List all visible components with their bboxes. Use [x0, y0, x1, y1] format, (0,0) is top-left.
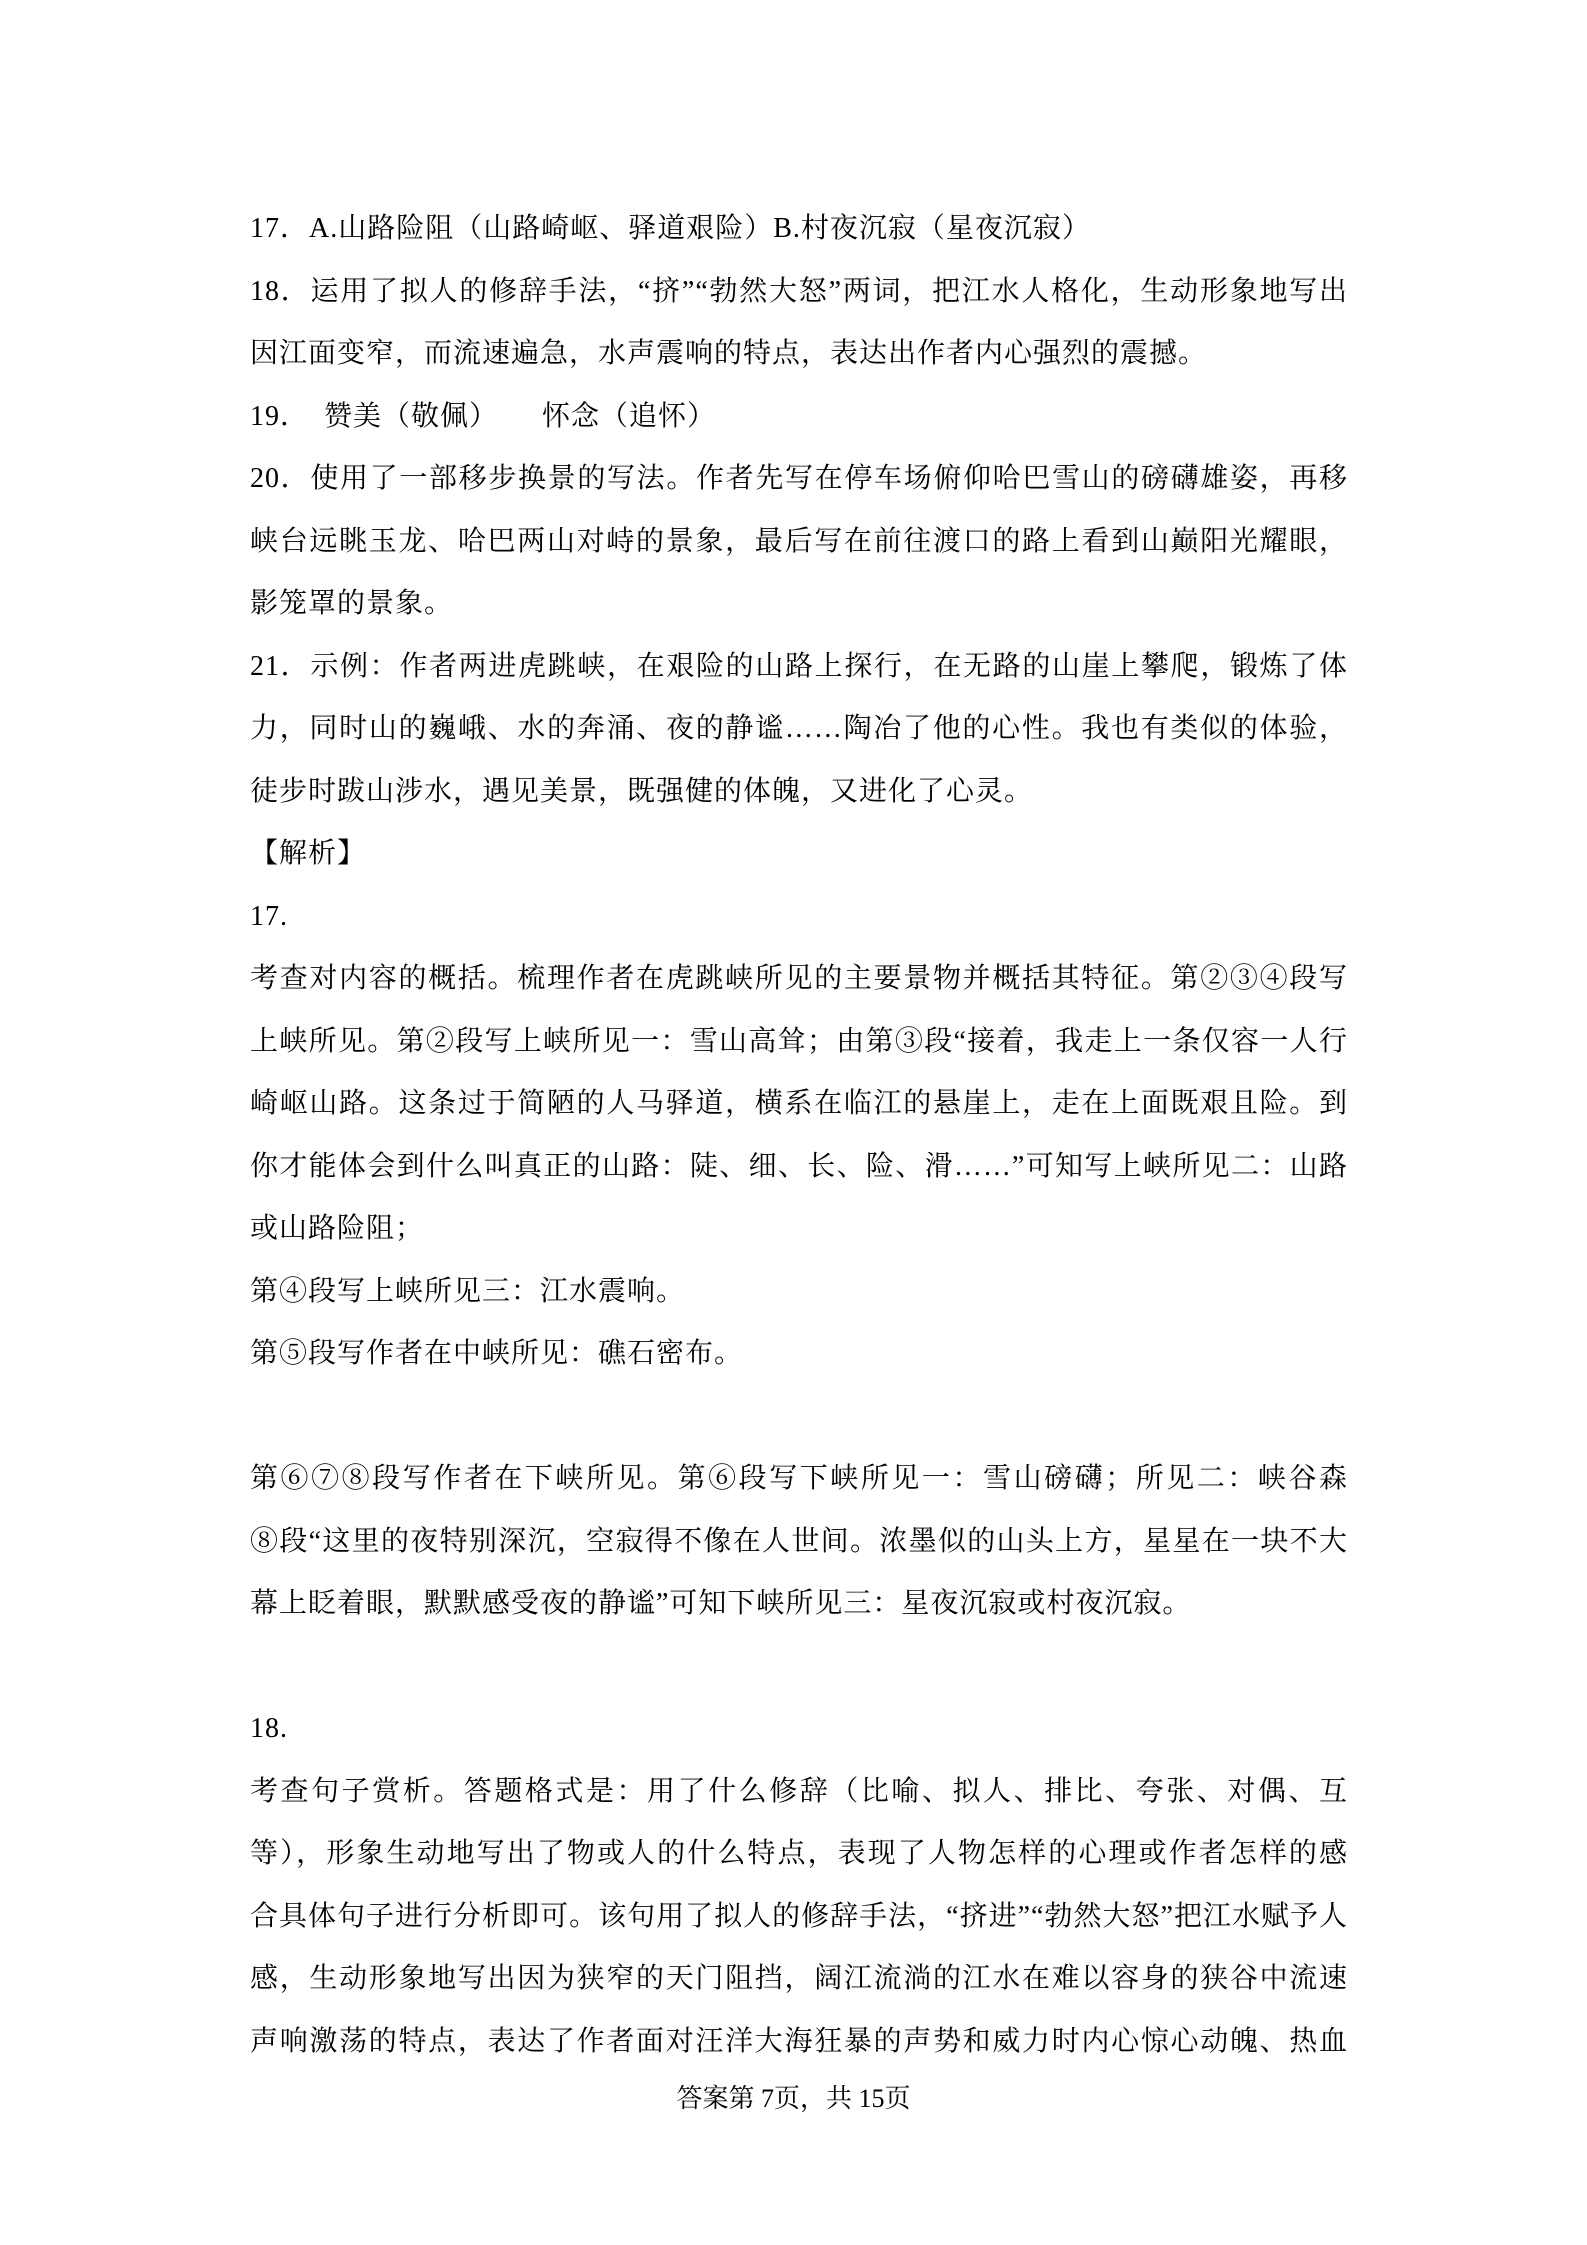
- document-page: 17．A.山路险阻（山路崎岖、驿道艰险）B.村夜沉寂（星夜沉寂） 18．运用了拟…: [0, 0, 1587, 2245]
- text-line: 幕上眨着眼，默默感受夜的静谧”可知下峡所见三：星夜沉寂或村夜沉寂。: [250, 1573, 1348, 1636]
- answer-21-line-cont: 力，同时山的巍峨、水的奔涌、夜的静谧……陶冶了他的心性。我也有类似的体验，例如去: [250, 698, 1348, 761]
- answer-20-line-end: 影笼罩的景象。: [250, 573, 1348, 636]
- text-line: 第⑥⑦⑧段写作者在下峡所见。第⑥段写下峡所见一：雪山磅礴；所见二：峡谷森严；由第: [250, 1448, 1348, 1511]
- text-line: 第④段写上峡所见三：江水震响。: [250, 1261, 1348, 1324]
- answer-19-line: 19． 赞美（敬佩） 怀念（追怀）: [250, 386, 1348, 449]
- text-line: 上峡所见。第②段写上峡所见一：雪山高耸；由第③段“接着，我走上一条仅容一人行走的: [250, 1011, 1348, 1074]
- answer-17-line: 17．A.山路险阻（山路崎岖、驿道艰险）B.村夜沉寂（星夜沉寂）: [250, 198, 1348, 261]
- answer-21-line-end: 徒步时跋山涉水，遇见美景，既强健的体魄，又进化了心灵。: [250, 761, 1348, 824]
- blank-line: [250, 1386, 1348, 1449]
- analysis-section-heading: 【解析】: [250, 823, 1348, 886]
- answer-20-line-cont: 峡台远眺玉龙、哈巴两山对峙的景象，最后写在前往渡口的路上看到山巅阳光耀眼，峡谷阴: [250, 511, 1348, 574]
- text-line: 考查句子赏析。答题格式是：用了什么修辞（比喻、拟人、排比、夸张、对偶、互文、反复: [250, 1761, 1348, 1824]
- text-line: 声响激荡的特点，表达了作者面对汪洋大海狂暴的声势和威力时内心惊心动魄、热血沸腾的: [250, 2011, 1348, 2074]
- answer-20-line: 20．使用了一部移步换景的写法。作者先写在停车场俯仰哈巴雪山的磅礴雄姿，再移步到…: [250, 448, 1348, 511]
- text-line: ⑧段“这里的夜特别深沉，空寂得不像在人世间。浓墨似的山头上方，星星在一块不大的天: [250, 1511, 1348, 1574]
- text-line: 或山路险阻；: [250, 1198, 1348, 1261]
- text-line: 等），形象生动地写出了物或人的什么特点，表现了人物怎样的心理或作者怎样的感情。结: [250, 1823, 1348, 1886]
- page-footer: 答案第 7页，共 15页: [0, 2078, 1587, 2115]
- blank-line: [250, 1636, 1348, 1699]
- answer-18-line: 18．运用了拟人的修辞手法，“挤”“勃然大怒”两词，把江水人格化，生动形象地写出…: [250, 261, 1348, 324]
- answer-21-line: 21．示例：作者两进虎跳峡，在艰险的山路上探行，在无路的山崖上攀爬，锻炼了体能和…: [250, 636, 1348, 699]
- text-line: 崎岖山路。这条过于简陋的人马驿道，横系在临江的悬崖上，走在上面既艰且险。到了这里: [250, 1073, 1348, 1136]
- text-line: 感，生动形象地写出因为狭窄的天门阻挡，阔江流淌的江水在难以容身的狭谷中流速变急，: [250, 1948, 1348, 2011]
- text-line: 第⑤段写作者在中峡所见：礁石密布。: [250, 1323, 1348, 1386]
- text-line: 你才能体会到什么叫真正的山路：陡、细、长、险、滑……”可知写上峡所见二：山路崎岖: [250, 1136, 1348, 1199]
- analysis-item-18-number: 18.: [250, 1698, 1348, 1761]
- document-body: 17．A.山路险阻（山路崎岖、驿道艰险）B.村夜沉寂（星夜沉寂） 18．运用了拟…: [250, 198, 1348, 2073]
- answer-18-line-cont: 因江面变窄，而流速遍急，水声震响的特点，表达出作者内心强烈的震撼。: [250, 323, 1348, 386]
- text-line: 考查对内容的概括。梳理作者在虎跳峡所见的主要景物并概括其特征。第②③④段写作者在: [250, 948, 1348, 1011]
- text-line: 合具体句子进行分析即可。该句用了拟人的修辞手法，“挤进”“勃然大怒”把江水赋予人…: [250, 1886, 1348, 1949]
- analysis-item-17-number: 17.: [250, 886, 1348, 949]
